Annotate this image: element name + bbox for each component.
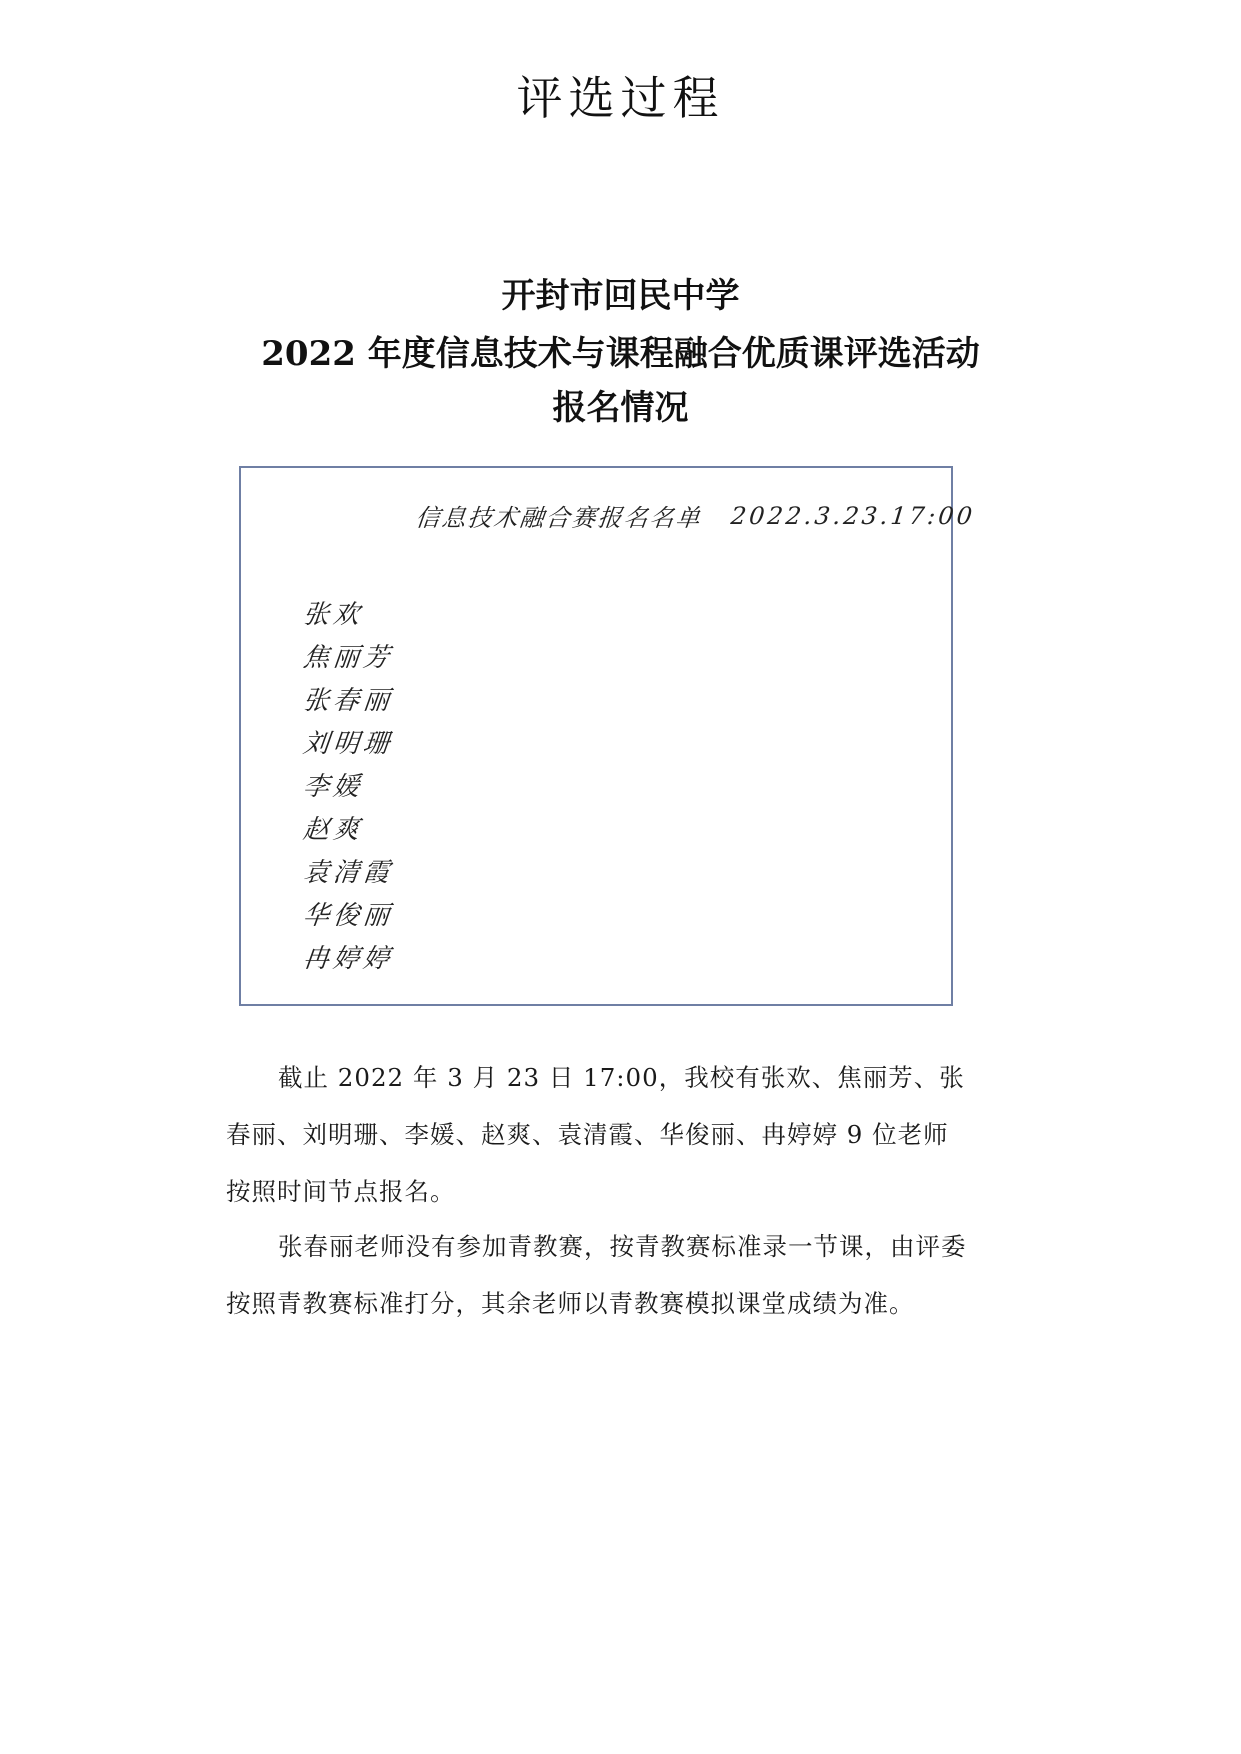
- paragraph-scoring-note: 张春丽老师没有参加青教赛，按青教赛标准录一节课，由评委按照青教赛标准打分，其余老…: [226, 1218, 971, 1332]
- signup-name: 袁清霞: [301, 852, 396, 895]
- handwritten-name-list: 张欢 焦丽芳 张春丽 刘明珊 李媛 赵爽 袁清霞 华俊丽 冉婷婷: [303, 594, 393, 981]
- signup-name: 冉婷婷: [301, 938, 396, 981]
- signup-name: 张春丽: [301, 680, 396, 723]
- event-title: 2022 年度信息技术与课程融合优质课评选活动: [0, 326, 1241, 375]
- school-name: 开封市回民中学: [0, 268, 1241, 317]
- scanned-signup-sheet: 信息技术融合赛报名名单 2022.3.23.17:00 张欢 焦丽芳 张春丽 刘…: [239, 466, 953, 1006]
- signup-name: 李媛: [301, 766, 396, 809]
- handwritten-date: 2022.3.23.17:00: [730, 502, 977, 530]
- signup-name: 赵爽: [301, 809, 396, 852]
- paragraph-signup-summary: 截止 2022 年 3 月 23 日 17:00，我校有张欢、焦丽芳、张春丽、刘…: [226, 1049, 971, 1220]
- handwritten-header: 信息技术融合赛报名名单: [414, 498, 704, 533]
- event-subtitle: 报名情况: [0, 380, 1241, 429]
- signup-name: 张欢: [301, 594, 396, 637]
- signup-name: 刘明珊: [301, 723, 396, 766]
- section-title: 评选过程: [0, 62, 1241, 128]
- signup-name: 焦丽芳: [301, 637, 396, 680]
- signup-name: 华俊丽: [301, 895, 396, 938]
